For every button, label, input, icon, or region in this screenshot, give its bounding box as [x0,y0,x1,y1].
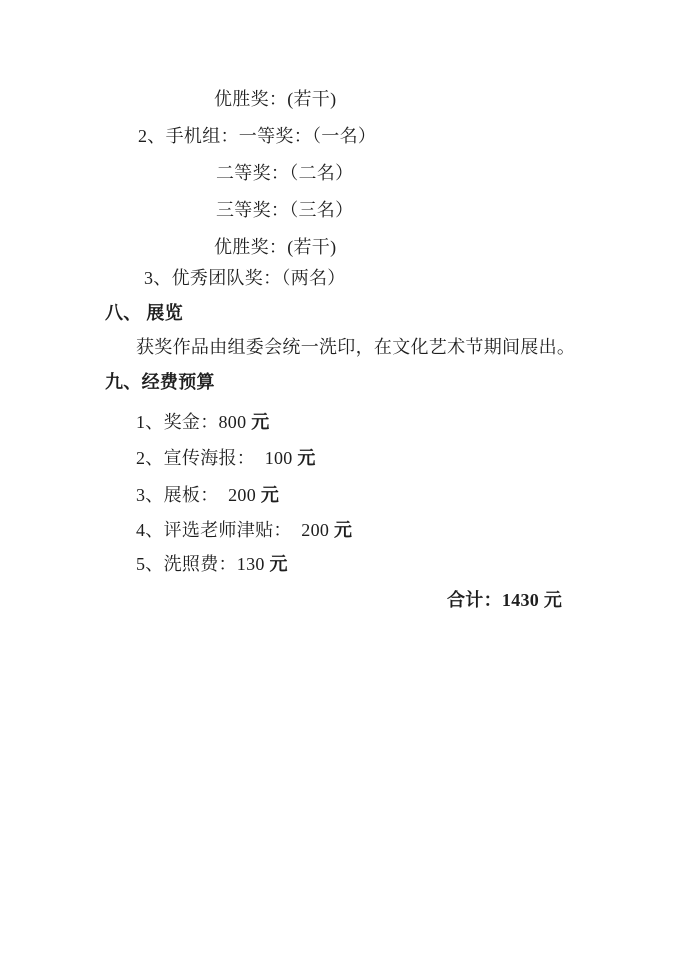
award-line-third-prize: 三等奖：（三名） [216,199,353,222]
currency-unit: 元 [544,590,562,610]
award-line-second-prize: 二等奖：（二名） [216,162,353,185]
line-text: 二等奖：（二名） [216,163,353,183]
paragraph-text: 获奖作品由组委会统一洗印，在文化艺术节期间展出。 [136,337,575,357]
currency-unit: 元 [270,554,288,574]
item-label: 4、评选老师津贴： 200 [136,520,334,540]
section-heading-budget: 九、经费预算 [105,371,215,394]
award-line-merit-prize-phone: 优胜奖：(若干) [214,236,336,259]
line-text: 三等奖：（三名） [216,200,353,220]
award-line-team-award: 3、优秀团队奖：（两名） [144,267,346,290]
award-line-phone-group-first-prize: 2、手机组：一等奖：（一名） [138,125,376,148]
item-label: 3、展板： 200 [136,485,261,505]
currency-unit: 元 [261,485,279,505]
budget-item-prize-money: 1、奖金：800 元 [136,411,270,434]
currency-unit: 元 [297,448,315,468]
item-label: 2、宣传海报： 100 [136,448,297,468]
heading-text: 九、经费预算 [105,372,215,392]
budget-item-display-board: 3、展板： 200 元 [136,484,279,507]
line-text: 优胜奖：(若干) [214,237,336,257]
budget-total: 合计：1430 元 [447,589,562,612]
award-line-merit-prize-photo: 优胜奖：(若干) [214,88,336,111]
section-heading-exhibition: 八、 展览 [105,302,183,325]
budget-item-judge-allowance: 4、评选老师津贴： 200 元 [136,519,352,542]
budget-item-photo-printing: 5、洗照费：130 元 [136,553,288,576]
budget-item-poster: 2、宣传海报： 100 元 [136,447,316,470]
exhibition-paragraph: 获奖作品由组委会统一洗印，在文化艺术节期间展出。 [136,336,575,359]
document-page: 优胜奖：(若干) 2、手机组：一等奖：（一名） 二等奖：（二名） 三等奖：（三名… [0,0,679,960]
line-text: 2、手机组：一等奖：（一名） [138,126,376,146]
currency-unit: 元 [251,412,269,432]
currency-unit: 元 [334,520,352,540]
line-text: 3、优秀团队奖：（两名） [144,268,346,288]
line-text: 优胜奖：(若干) [214,89,336,109]
item-label: 1、奖金：800 [136,412,251,432]
heading-text: 八、 展览 [105,303,183,323]
item-label: 5、洗照费：130 [136,554,270,574]
total-label: 合计：1430 [447,590,544,610]
